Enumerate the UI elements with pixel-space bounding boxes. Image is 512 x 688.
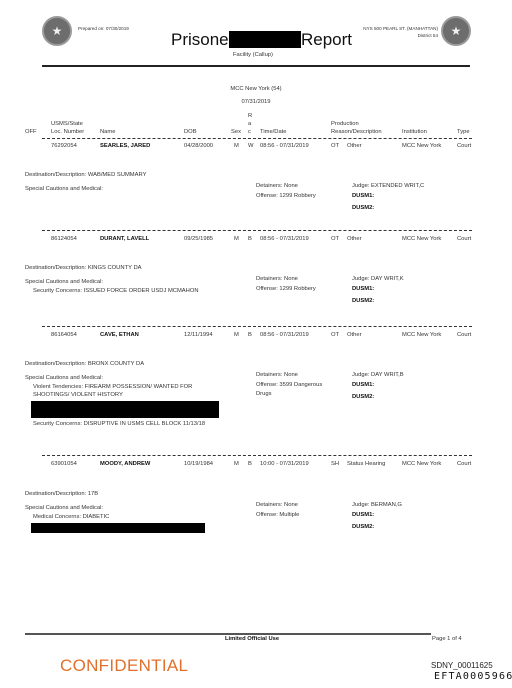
loc-number: 63901054	[51, 461, 77, 467]
district: District 54	[354, 33, 438, 38]
production-reason: Other	[347, 143, 362, 149]
loc-number: 86164054	[51, 332, 77, 338]
limited-official-use: Limited Official Use	[225, 636, 279, 642]
col-race-2: a	[248, 120, 251, 128]
record-separator	[42, 326, 472, 327]
caution-line: Medical Concerns: DIABETIC	[33, 514, 109, 520]
confidential-stamp: CONFIDENTIAL	[60, 656, 188, 676]
prisoner-name: DURANT, LAVELL	[100, 236, 149, 242]
prepared-on: Prepared on: 07/30/2019	[78, 26, 129, 31]
footer-rule-left	[25, 633, 231, 635]
efta-number: EFTA00059667	[434, 671, 512, 682]
report-title-right: Report	[301, 30, 352, 50]
detainers: Detainers: None	[256, 183, 298, 189]
type: Court	[457, 143, 471, 149]
institution: MCC New York	[402, 143, 441, 149]
race: W	[248, 143, 253, 149]
judge: Judge: DAY WRIT,K	[352, 276, 404, 282]
col-race-3: c	[248, 128, 251, 136]
dusm2-label: DUSM2:	[352, 205, 374, 211]
production-reason: Other	[347, 332, 362, 338]
race: B	[248, 461, 252, 467]
bates-number: SDNY_00011625	[431, 661, 493, 670]
redaction-box	[229, 31, 301, 48]
time-date: 08:56 - 07/31/2019	[260, 143, 309, 149]
judge: Judge: BERMAN,G	[352, 502, 402, 508]
dob: 09/25/1985	[184, 236, 213, 242]
production-code: OT	[331, 236, 339, 242]
type: Court	[457, 236, 471, 242]
dusm1-label: DUSM1:	[352, 193, 374, 199]
dusm1-label: DUSM1:	[352, 382, 374, 388]
seal-icon-left: ★	[42, 16, 72, 46]
judge: Judge: DAY WRIT,B	[352, 372, 404, 378]
facility-name: MCC New York (54)	[0, 86, 512, 92]
page-number: Page 1 of 4	[432, 636, 462, 642]
col-sex: Sex	[231, 128, 241, 136]
offense-continued: Drugs	[256, 391, 271, 397]
dob: 12/11/1994	[184, 332, 213, 338]
destination-description: Destination/Description: BRONX COUNTY DA	[25, 361, 144, 367]
special-cautions-label: Special Cautions and Medical:	[25, 186, 103, 192]
caution-line: Security Concerns: ISSUED FORCE ORDER US…	[33, 288, 199, 294]
special-cautions-label: Special Cautions and Medical:	[25, 505, 103, 511]
record-separator	[42, 455, 472, 456]
col-prod-2: Reason/Description	[331, 128, 382, 136]
special-cautions-label: Special Cautions and Medical:	[25, 375, 103, 381]
detainers: Detainers: None	[256, 502, 298, 508]
race: B	[248, 332, 252, 338]
col-type: Type	[457, 128, 470, 136]
time-date: 08:56 - 07/31/2019	[260, 236, 309, 242]
prisoner-name: MOODY, ANDREW	[100, 461, 150, 467]
loc-number: 76292054	[51, 143, 77, 149]
record-separator	[42, 230, 472, 231]
offense: Offense: 3599 Dangerous	[256, 382, 322, 388]
prisoner-name: CAVE, ETHAN	[100, 332, 139, 338]
dusm2-label: DUSM2:	[352, 394, 374, 400]
time-date: 08:56 - 07/31/2019	[260, 332, 309, 338]
address-line: NYS 500 PEARL ST. (MANHATTAN)	[354, 26, 438, 31]
institution: MCC New York	[402, 236, 441, 242]
offense: Offense: Multiple	[256, 512, 299, 518]
destination-description: Destination/Description: 17B	[25, 491, 98, 497]
col-prod-1: Production	[331, 120, 359, 128]
detainers: Detainers: None	[256, 372, 298, 378]
offense: Offense: 1299 Robbery	[256, 193, 316, 199]
footer-rule-right	[231, 633, 431, 635]
production-code: OT	[331, 332, 339, 338]
col-race-1: R	[248, 112, 252, 120]
offense: Offense: 1299 Robbery	[256, 286, 316, 292]
detainers: Detainers: None	[256, 276, 298, 282]
time-date: 10:00 - 07/31/2019	[260, 461, 309, 467]
caution-line: Security Concerns: DISRUPTIVE IN USMS CE…	[33, 421, 205, 427]
facility-date: 07/31/2019	[0, 99, 512, 105]
production-code: OT	[331, 143, 339, 149]
special-cautions-label: Special Cautions and Medical:	[25, 279, 103, 285]
caution-line: SHOOTINGS/ VIOLENT HISTORY	[33, 392, 123, 398]
seal-icon-right: ★	[441, 16, 471, 46]
redaction-box	[31, 401, 219, 418]
header-dash-rule	[42, 138, 472, 139]
dusm2-label: DUSM2:	[352, 524, 374, 530]
col-time: Time/Date	[260, 128, 287, 136]
type: Court	[457, 332, 471, 338]
col-usms-2: Loc. Number	[51, 128, 84, 136]
sex: M	[234, 143, 239, 149]
race: B	[248, 236, 252, 242]
sex: M	[234, 461, 239, 467]
production-code: SH	[331, 461, 339, 467]
dusm1-label: DUSM1:	[352, 286, 374, 292]
production-reason: Status Hearing	[347, 461, 385, 467]
caution-line: Violent Tendencies: FIREARM POSSESSION/ …	[33, 384, 192, 390]
production-reason: Other	[347, 236, 362, 242]
dob: 10/19/1984	[184, 461, 213, 467]
judge: Judge: EXTENDED WRIT,C	[352, 183, 424, 189]
header-rule	[42, 65, 470, 67]
col-institution: Institution	[402, 128, 427, 136]
report-title-left: Prisoner	[171, 30, 234, 50]
dusm2-label: DUSM2:	[352, 298, 374, 304]
col-off: OFF	[25, 128, 37, 136]
report-subtitle: Facility (Callup)	[233, 52, 273, 58]
loc-number: 86124054	[51, 236, 77, 242]
col-name: Name	[100, 128, 115, 136]
institution: MCC New York	[402, 332, 441, 338]
dob: 04/28/2000	[184, 143, 213, 149]
prisoner-name: SEARLES, JARED	[100, 143, 150, 149]
col-usms-1: USMS/State	[51, 120, 83, 128]
col-dob: DOB	[184, 128, 197, 136]
dusm1-label: DUSM1:	[352, 512, 374, 518]
type: Court	[457, 461, 471, 467]
institution: MCC New York	[402, 461, 441, 467]
destination-description: Destination/Description: KINGS COUNTY DA	[25, 265, 142, 271]
sex: M	[234, 236, 239, 242]
sex: M	[234, 332, 239, 338]
destination-description: Destination/Description: WAB/MED SUMMARY	[25, 172, 146, 178]
redaction-box	[31, 523, 205, 533]
